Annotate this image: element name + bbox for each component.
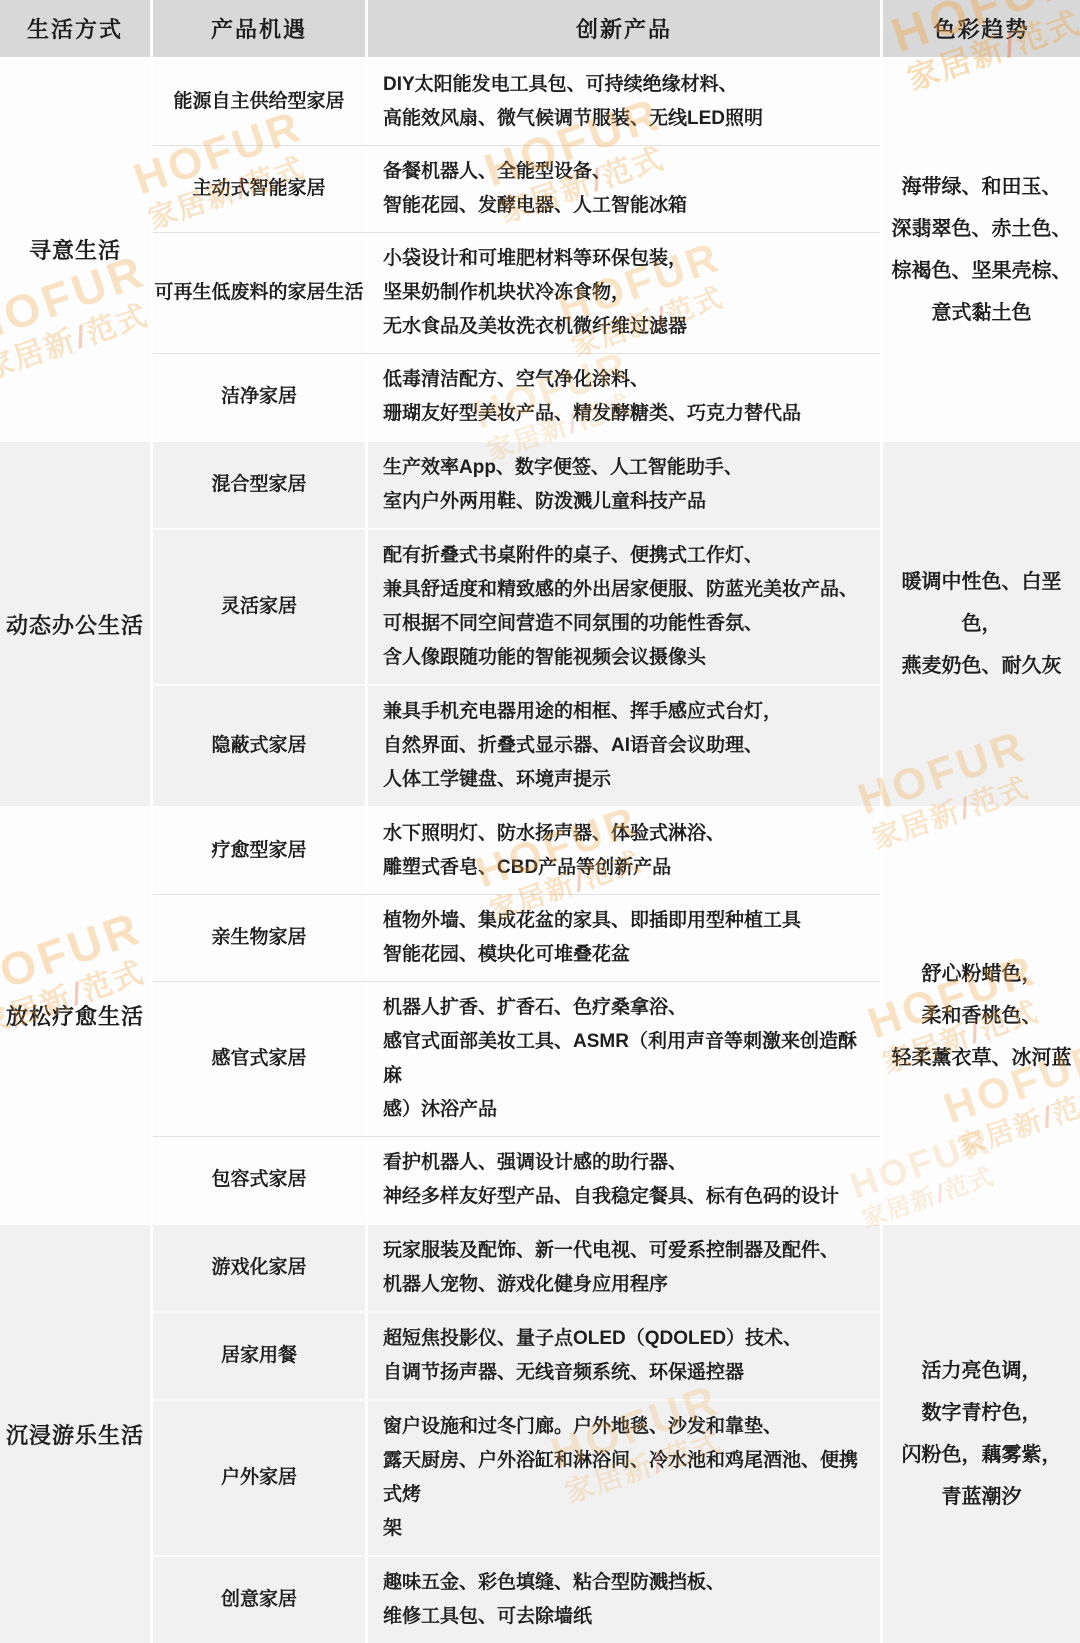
group-rows: 疗愈型家居水下照明灯、防水扬声器、体验式淋浴、 雕塑式香皂、CBD产品等创新产品… — [153, 808, 880, 1223]
products-cell: 低毒清洁配方、空气净化涂料、 珊瑚友好型美妆产品、精发酵糖类、巧克力替代品 — [368, 354, 880, 440]
products-cell: 超短焦投影仪、量子点OLED（QDOLED）技术、 自调节扬声器、无线音频系统、… — [368, 1313, 880, 1399]
table-row: 混合型家居生产效率App、数字便签、人工智能助手、 室内户外两用鞋、防泼溅儿童科… — [153, 442, 880, 528]
table-row: 洁净家居低毒清洁配方、空气净化涂料、 珊瑚友好型美妆产品、精发酵糖类、巧克力替代… — [153, 353, 880, 440]
table-row: 隐蔽式家居兼具手机充电器用途的相框、挥手感应式台灯， 自然界面、折叠式显示器、A… — [153, 684, 880, 806]
table-row: 游戏化家居玩家服装及配饰、新一代电视、可爱系控制器及配件、 机器人宠物、游戏化健… — [153, 1225, 880, 1311]
table-header-row: 生活方式 产品机遇 创新产品 色彩趋势 — [0, 0, 1080, 57]
opportunity-cell: 混合型家居 — [153, 442, 365, 528]
header-color-trend: 色彩趋势 — [883, 0, 1080, 57]
opportunity-cell: 包容式家居 — [153, 1137, 365, 1223]
lifestyle-label: 放松疗愈生活 — [0, 808, 150, 1223]
products-cell: 小袋设计和可堆肥材料等环保包装， 坚果奶制作机块状冷冻食物， 无水食品及美妆洗衣… — [368, 233, 880, 353]
products-cell: 水下照明灯、防水扬声器、体验式淋浴、 雕塑式香皂、CBD产品等创新产品 — [368, 808, 880, 894]
opportunity-cell: 洁净家居 — [153, 354, 365, 440]
opportunity-cell: 游戏化家居 — [153, 1225, 365, 1311]
color-trend-cell: 活力亮色调， 数字青柠色， 闪粉色，藕雾紫， 青蓝潮汐 — [883, 1225, 1080, 1643]
opportunity-cell: 感官式家居 — [153, 982, 365, 1136]
lifestyle-label: 动态办公生活 — [0, 442, 150, 806]
group-rows: 游戏化家居玩家服装及配饰、新一代电视、可爱系控制器及配件、 机器人宠物、游戏化健… — [153, 1225, 880, 1643]
table-row: 可再生低废料的家居生活小袋设计和可堆肥材料等环保包装， 坚果奶制作机块状冷冻食物… — [153, 232, 880, 353]
opportunity-cell: 可再生低废料的家居生活 — [153, 233, 365, 353]
lifestyle-label: 寻意生活 — [0, 59, 150, 440]
color-trend-cell: 暖调中性色、白垩色， 燕麦奶色、耐久灰 — [883, 442, 1080, 806]
table-row: 灵活家居配有折叠式书桌附件的桌子、便携式工作灯、 兼具舒适度和精致感的外出居家便… — [153, 528, 880, 684]
products-cell: 窗户设施和过冬门廊。户外地毯、沙发和靠垫、 露天厨房、户外浴缸和淋浴间、冷水池和… — [368, 1401, 880, 1555]
lifestyle-label: 沉浸游乐生活 — [0, 1225, 150, 1643]
opportunity-cell: 隐蔽式家居 — [153, 686, 365, 806]
opportunity-cell: 能源自主供给型家居 — [153, 59, 365, 145]
products-cell: 植物外墙、集成花盆的家具、即插即用型种植工具 智能花园、模块化可堆叠花盆 — [368, 895, 880, 981]
products-cell: 机器人扩香、扩香石、色疗桑拿浴、 感官式面部美妆工具、ASMR（利用声音等刺激来… — [368, 982, 880, 1136]
opportunity-cell: 疗愈型家居 — [153, 808, 365, 894]
table-row: 包容式家居看护机器人、强调设计感的助行器、 神经多样友好型产品、自我稳定餐具、标… — [153, 1136, 880, 1223]
products-cell: 趣味五金、彩色填缝、粘合型防溅挡板、 维修工具包、可去除墙纸 — [368, 1557, 880, 1643]
header-opportunity: 产品机遇 — [153, 0, 365, 57]
products-cell: 看护机器人、强调设计感的助行器、 神经多样友好型产品、自我稳定餐具、标有色码的设… — [368, 1137, 880, 1223]
group-rows: 能源自主供给型家居DIY太阳能发电工具包、可持续绝缘材料、 高能效风扇、微气候调… — [153, 59, 880, 440]
table-row: 能源自主供给型家居DIY太阳能发电工具包、可持续绝缘材料、 高能效风扇、微气候调… — [153, 59, 880, 145]
table-row: 创意家居趣味五金、彩色填缝、粘合型防溅挡板、 维修工具包、可去除墙纸 — [153, 1555, 880, 1643]
table-row: 居家用餐超短焦投影仪、量子点OLED（QDOLED）技术、 自调节扬声器、无线音… — [153, 1311, 880, 1399]
products-cell: 生产效率App、数字便签、人工智能助手、 室内户外两用鞋、防泼溅儿童科技产品 — [368, 442, 880, 528]
opportunity-cell: 灵活家居 — [153, 530, 365, 684]
opportunity-cell: 居家用餐 — [153, 1313, 365, 1399]
lifestyle-group: 放松疗愈生活疗愈型家居水下照明灯、防水扬声器、体验式淋浴、 雕塑式香皂、CBD产… — [0, 808, 1080, 1223]
opportunity-cell: 主动式智能家居 — [153, 146, 365, 232]
lifestyle-trends-table: 生活方式 产品机遇 创新产品 色彩趋势 寻意生活能源自主供给型家居DIY太阳能发… — [0, 0, 1080, 1643]
color-trend-cell: 海带绿、和田玉、 深翡翠色、赤土色、 棕褐色、坚果壳棕、 意式黏土色 — [883, 59, 1080, 440]
color-trend-cell: 舒心粉蜡色， 柔和香桃色、 轻柔薰衣草、冰河蓝 — [883, 808, 1080, 1223]
opportunity-cell: 创意家居 — [153, 1557, 365, 1643]
table-row: 亲生物家居植物外墙、集成花盆的家具、即插即用型种植工具 智能花园、模块化可堆叠花… — [153, 894, 880, 981]
lifestyle-group: 动态办公生活混合型家居生产效率App、数字便签、人工智能助手、 室内户外两用鞋、… — [0, 442, 1080, 806]
lifestyle-group: 寻意生活能源自主供给型家居DIY太阳能发电工具包、可持续绝缘材料、 高能效风扇、… — [0, 59, 1080, 440]
opportunity-cell: 亲生物家居 — [153, 895, 365, 981]
products-cell: 备餐机器人、全能型设备、 智能花园、发酵电器、人工智能冰箱 — [368, 146, 880, 232]
header-lifestyle: 生活方式 — [0, 0, 150, 57]
products-cell: 配有折叠式书桌附件的桌子、便携式工作灯、 兼具舒适度和精致感的外出居家便服、防蓝… — [368, 530, 880, 684]
header-products: 创新产品 — [368, 0, 880, 57]
products-cell: DIY太阳能发电工具包、可持续绝缘材料、 高能效风扇、微气候调节服装、无线LED… — [368, 59, 880, 145]
table-row: 疗愈型家居水下照明灯、防水扬声器、体验式淋浴、 雕塑式香皂、CBD产品等创新产品 — [153, 808, 880, 894]
products-cell: 兼具手机充电器用途的相框、挥手感应式台灯， 自然界面、折叠式显示器、AI语音会议… — [368, 686, 880, 806]
table-row: 感官式家居机器人扩香、扩香石、色疗桑拿浴、 感官式面部美妆工具、ASMR（利用声… — [153, 981, 880, 1136]
table-row: 户外家居窗户设施和过冬门廊。户外地毯、沙发和靠垫、 露天厨房、户外浴缸和淋浴间、… — [153, 1399, 880, 1555]
group-rows: 混合型家居生产效率App、数字便签、人工智能助手、 室内户外两用鞋、防泼溅儿童科… — [153, 442, 880, 806]
table-body: 寻意生活能源自主供给型家居DIY太阳能发电工具包、可持续绝缘材料、 高能效风扇、… — [0, 59, 1080, 1643]
lifestyle-group: 沉浸游乐生活游戏化家居玩家服装及配饰、新一代电视、可爱系控制器及配件、 机器人宠… — [0, 1225, 1080, 1643]
table-row: 主动式智能家居备餐机器人、全能型设备、 智能花园、发酵电器、人工智能冰箱 — [153, 145, 880, 232]
opportunity-cell: 户外家居 — [153, 1401, 365, 1555]
products-cell: 玩家服装及配饰、新一代电视、可爱系控制器及配件、 机器人宠物、游戏化健身应用程序 — [368, 1225, 880, 1311]
